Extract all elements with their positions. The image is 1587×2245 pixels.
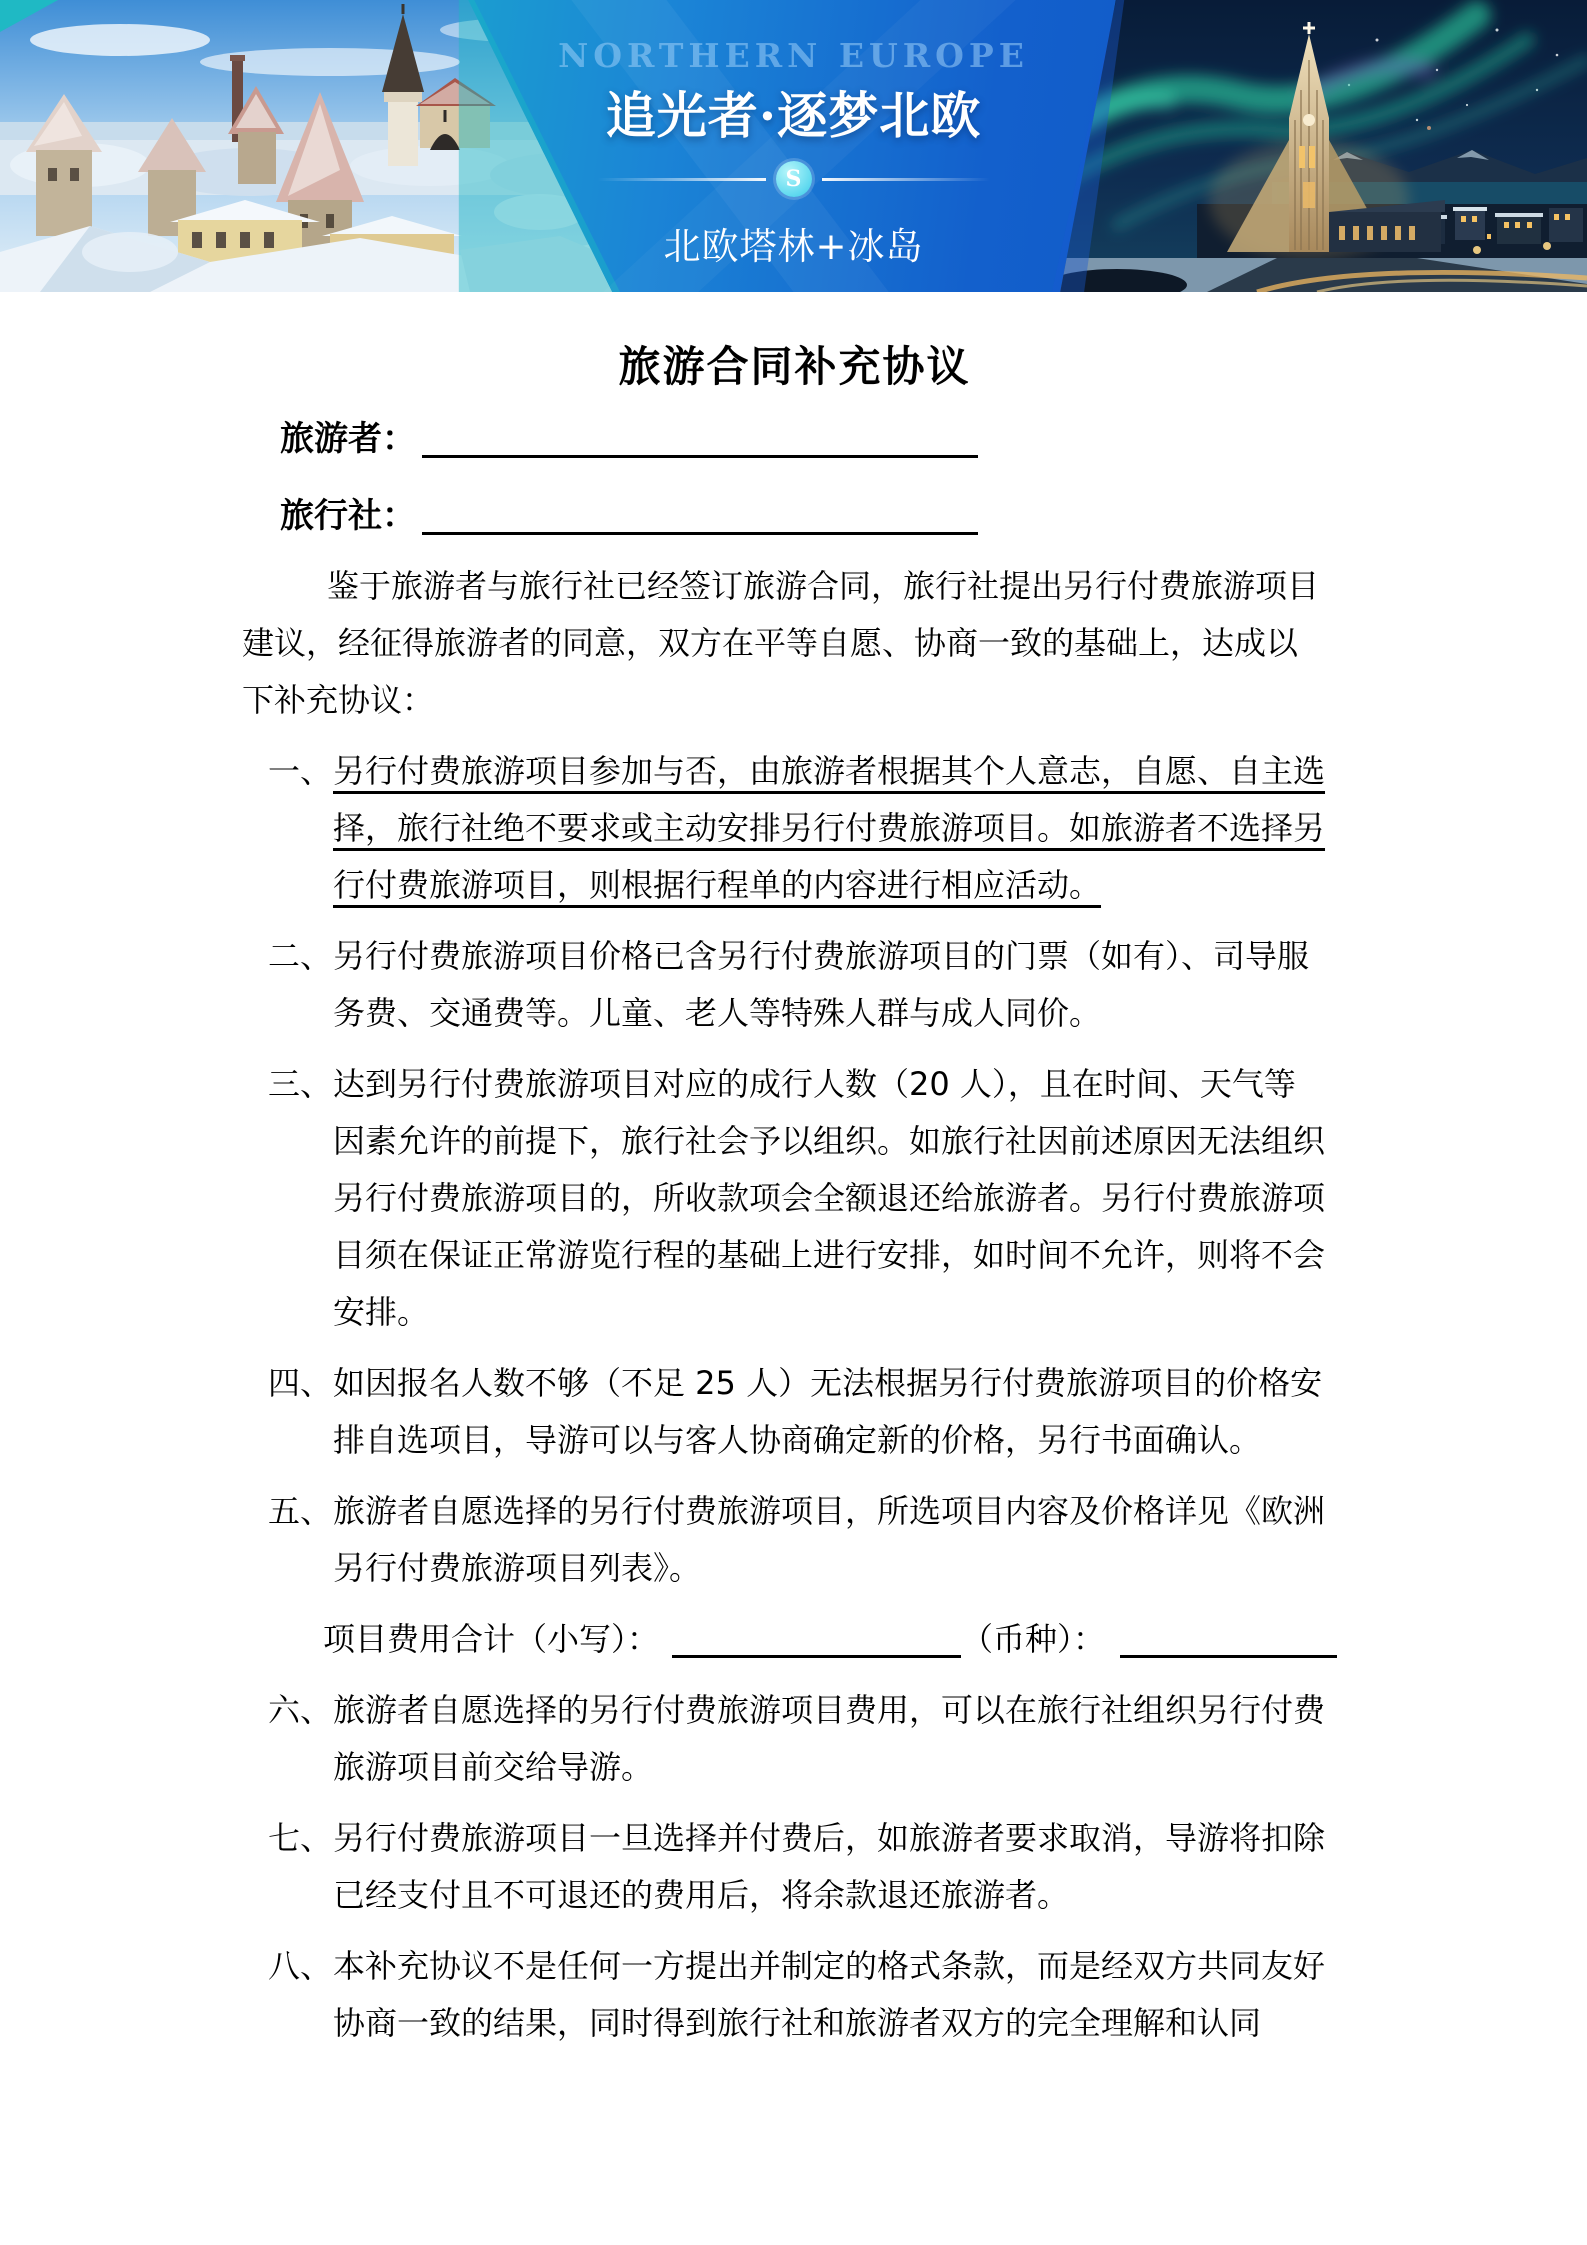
clause-item-1: 一、 另行付费旅游项目参加与否，由旅游者根据其个人意志，自愿、自主选 择，旅行社… bbox=[242, 743, 1347, 914]
divider-line-right bbox=[822, 178, 990, 181]
intro-line: 鉴于旅游者与旅行社已经签订旅游合同，旅行社提出另行付费旅游项目 bbox=[242, 558, 1347, 615]
clause-line: 本补充协议不是任何一方提出并制定的格式条款，而是经双方共同友好 bbox=[333, 1938, 1347, 1995]
clause-line: 协商一致的结果，同时得到旅行社和旅游者双方的完全理解和认同 bbox=[333, 1995, 1347, 2052]
fee-total-line: 项目费用合计（小写）：（币种）： bbox=[323, 1611, 1347, 1668]
banner: NORTHERN EUROPE 追光者·逐梦北欧 S 北欧塔林+冰岛 bbox=[0, 0, 1587, 292]
clause-number: 八、 bbox=[268, 1938, 332, 1995]
clause-line: 已经支付且不可退还的费用后，将余款退还旅游者。 bbox=[333, 1867, 1347, 1924]
traveler-field: 旅游者： bbox=[280, 420, 1347, 458]
clause-number: 六、 bbox=[268, 1682, 332, 1739]
intro-paragraph: 鉴于旅游者与旅行社已经签订旅游合同，旅行社提出另行付费旅游项目 建议，经征得旅游… bbox=[242, 558, 1347, 729]
clause-line: 另行付费旅游项目一旦选择并付费后，如旅游者要求取消，导游将扣除 bbox=[333, 1810, 1347, 1867]
clause-line: 因素允许的前提下，旅行社会予以组织。如旅行社因前述原因无法组织 bbox=[333, 1113, 1347, 1170]
contract-document: 旅游合同补充协议 旅游者： 旅行社： 鉴于旅游者与旅行社已经签订旅游合同，旅行社… bbox=[0, 292, 1587, 2052]
clause-line: 目须在保证正常游览行程的基础上进行安排，如时间不允许，则将不会 bbox=[333, 1227, 1347, 1284]
clause-item-4: 四、 如因报名人数不够（不足 25 人）无法根据另行付费旅游项目的价格安 排自选… bbox=[242, 1355, 1347, 1469]
banner-title: 追光者·逐梦北欧 bbox=[0, 76, 1587, 148]
agency-label: 旅行社： bbox=[280, 496, 416, 536]
clause-line: 安排。 bbox=[333, 1284, 1347, 1341]
clause-line: 旅游者自愿选择的另行付费旅游项目，所选项目内容及价格详见《欧洲 bbox=[333, 1483, 1347, 1540]
intro-line: 下补充协议： bbox=[242, 672, 1347, 729]
clause-item-5: 五、 旅游者自愿选择的另行付费旅游项目，所选项目内容及价格详见《欧洲 另行付费旅… bbox=[242, 1483, 1347, 1597]
clause-line: 行付费旅游项目，则根据行程单的内容进行相应活动。 bbox=[333, 857, 1347, 914]
document-title: 旅游合同补充协议 bbox=[242, 338, 1347, 396]
clause-number: 二、 bbox=[268, 928, 332, 985]
clause-number: 一、 bbox=[268, 743, 332, 800]
logo-icon: S bbox=[776, 161, 812, 197]
clause-line: 另行付费旅游项目的，所收款项会全额退还给旅游者。另行付费旅游项 bbox=[333, 1170, 1347, 1227]
banner-watermark: NORTHERN EUROPE bbox=[0, 36, 1587, 75]
clause-number: 四、 bbox=[268, 1355, 332, 1412]
clause-item-7: 七、 另行付费旅游项目一旦选择并付费后，如旅游者要求取消，导游将扣除 已经支付且… bbox=[242, 1810, 1347, 1924]
clause-item-2: 二、 另行付费旅游项目价格已含另行付费旅游项目的门票（如有）、司导服 务费、交通… bbox=[242, 928, 1347, 1042]
page: NORTHERN EUROPE 追光者·逐梦北欧 S 北欧塔林+冰岛 旅游合同补… bbox=[0, 0, 1587, 2245]
clause-line: 旅游者自愿选择的另行付费旅游项目费用，可以在旅行社组织另行付费 bbox=[333, 1682, 1347, 1739]
clause-number: 五、 bbox=[268, 1483, 332, 1540]
clause-item-8: 八、 本补充协议不是任何一方提出并制定的格式条款，而是经双方共同友好 协商一致的… bbox=[242, 1938, 1347, 2052]
clause-item-3: 三、 达到另行付费旅游项目对应的成行人数（20 人），且在时间、天气等 因素允许… bbox=[242, 1056, 1347, 1341]
logo-letter: S bbox=[786, 168, 802, 190]
clause-line: 排自选项目，导游可以与客人协商确定新的价格，另行书面确认。 bbox=[333, 1412, 1347, 1469]
currency-label: （币种）： bbox=[961, 1620, 1105, 1658]
clause-line: 另行付费旅游项目价格已含另行付费旅游项目的门票（如有）、司导服 bbox=[333, 928, 1347, 985]
fee-total-label: 项目费用合计（小写）： bbox=[323, 1620, 659, 1658]
clause-number: 七、 bbox=[268, 1810, 332, 1867]
traveler-blank[interactable] bbox=[422, 455, 978, 458]
divider-line-left bbox=[598, 178, 766, 181]
traveler-label: 旅游者： bbox=[280, 419, 416, 459]
agency-field: 旅行社： bbox=[280, 497, 1347, 535]
clause-line: 另行付费旅游项目列表》。 bbox=[333, 1540, 1347, 1597]
intro-line: 建议，经征得旅游者的同意，双方在平等自愿、协商一致的基础上，达成以 bbox=[242, 615, 1347, 672]
clause-line: 务费、交通费等。儿童、老人等特殊人群与成人同价。 bbox=[333, 985, 1347, 1042]
banner-center: NORTHERN EUROPE 追光者·逐梦北欧 S 北欧塔林+冰岛 bbox=[0, 0, 1587, 292]
clause-line: 如因报名人数不够（不足 25 人）无法根据另行付费旅游项目的价格安 bbox=[333, 1355, 1347, 1412]
clause-item-6: 六、 旅游者自愿选择的另行付费旅游项目费用，可以在旅行社组织另行付费 旅游项目前… bbox=[242, 1682, 1347, 1796]
currency-blank[interactable] bbox=[1120, 1655, 1337, 1658]
agency-blank[interactable] bbox=[422, 532, 978, 535]
clause-line: 另行付费旅游项目参加与否，由旅游者根据其个人意志，自愿、自主选 bbox=[333, 743, 1347, 800]
banner-divider: S bbox=[0, 160, 1587, 198]
clause-line: 择，旅行社绝不要求或主动安排另行付费旅游项目。如旅游者不选择另 bbox=[333, 800, 1347, 857]
fee-amount-blank[interactable] bbox=[672, 1655, 961, 1658]
clause-line: 达到另行付费旅游项目对应的成行人数（20 人），且在时间、天气等 bbox=[333, 1056, 1347, 1113]
clause-line: 旅游项目前交给导游。 bbox=[333, 1739, 1347, 1796]
clause-number: 三、 bbox=[268, 1056, 332, 1113]
banner-subtitle: 北欧塔林+冰岛 bbox=[0, 216, 1587, 270]
